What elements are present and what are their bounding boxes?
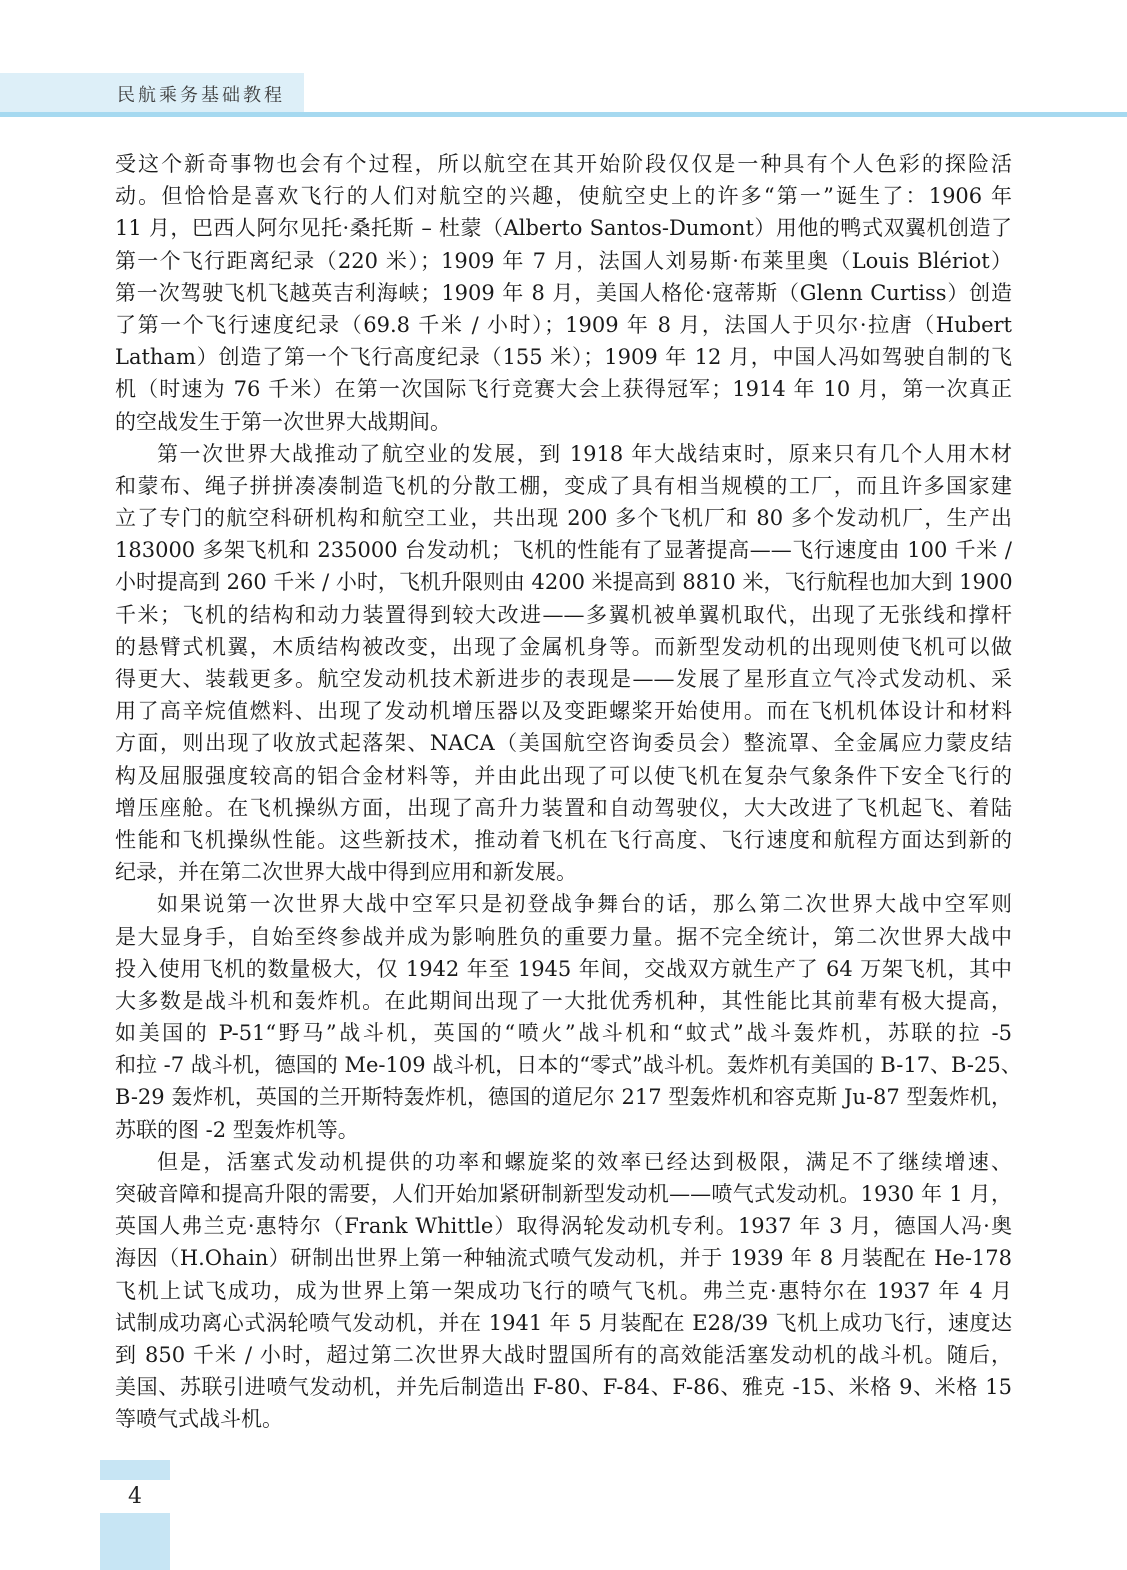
text-line: 立了专门的航空科研机构和航空工业，共出现 200 多个飞机厂和 80 多个发动机… [115, 502, 1012, 534]
footer-accent-block [100, 1513, 170, 1570]
text-line: 投入使用飞机的数量极大，仅 1942 年至 1945 年间，交战双方就生产了 6… [115, 953, 1012, 985]
text-line: 性能和飞机操纵性能。这些新技术，推动着飞机在飞行高度、飞行速度和航程方面达到新的 [115, 824, 1012, 856]
text-line: 等喷气式战斗机。 [115, 1403, 1012, 1435]
text-line: 第一次世界大战推动了航空业的发展，到 1918 年大战结束时，原来只有几个人用木… [115, 438, 1012, 470]
text-line: 是大显身手，自始至终参战并成为影响胜负的重要力量。据不完全统计，第二次世界大战中 [115, 921, 1012, 953]
text-line: B-29 轰炸机，英国的兰开斯特轰炸机，德国的道尼尔 217 型轰炸机和容克斯 … [115, 1081, 1012, 1113]
footer-accent-bar [100, 1460, 170, 1480]
text-line: 海因（H.Ohain）研制出世界上第一种轴流式喷气发动机，并于 1939 年 8… [115, 1242, 1012, 1274]
text-line: 如美国的 P-51“野马”战斗机，英国的“喷火”战斗机和“蚊式”战斗轰炸机，苏联… [115, 1017, 1012, 1049]
text-line: 千米；飞机的结构和动力装置得到较大改进——多翼机被单翼机取代，出现了无张线和撑杆 [115, 599, 1012, 631]
header-rule [0, 112, 1127, 117]
page-number: 4 [100, 1484, 170, 1509]
text-line: 增压座舱。在飞机操纵方面，出现了高升力装置和自动驾驶仪，大大改进了飞机起飞、着陆 [115, 792, 1012, 824]
text-line: 第一个飞行距离纪录（220 米）；1909 年 7 月，法国人刘易斯·布莱里奥（… [115, 245, 1012, 277]
text-line: 的悬臂式机翼，木质结构被改变，出现了金属机身等。而新型发动机的出现则使飞机可以做 [115, 631, 1012, 663]
text-line: 但是，活塞式发动机提供的功率和螺旋桨的效率已经达到极限，满足不了继续增速、 [115, 1146, 1012, 1178]
text-line: 的空战发生于第一次世界大战期间。 [115, 406, 1012, 438]
text-line: 到 850 千米 / 小时，超过第二次世界大战时盟国所有的高效能活塞发动机的战斗… [115, 1339, 1012, 1371]
text-line: 纪录，并在第二次世界大战中得到应用和新发展。 [115, 856, 1012, 888]
text-line: 大多数是战斗机和轰炸机。在此期间出现了一大批优秀机种，其性能比其前辈有极大提高， [115, 985, 1012, 1017]
text-line: 飞机上试飞成功，成为世界上第一架成功飞行的喷气飞机。弗兰克·惠特尔在 1937 … [115, 1275, 1012, 1307]
text-line: 和蒙布、绳子拼拼凑凑制造飞机的分散工棚，变成了具有相当规模的工厂，而且许多国家建 [115, 470, 1012, 502]
text-line: 动。但恰恰是喜欢飞行的人们对航空的兴趣，使航空史上的许多“第一”诞生了：1906… [115, 180, 1012, 212]
text-line: 英国人弗兰克·惠特尔（Frank Whittle）取得涡轮发动机专利。1937 … [115, 1210, 1012, 1242]
text-line: 受这个新奇事物也会有个过程，所以航空在其开始阶段仅仅是一种具有个人色彩的探险活 [115, 148, 1012, 180]
text-line: 了第一个飞行速度纪录（69.8 千米 / 小时）；1909 年 8 月，法国人于… [115, 309, 1012, 341]
text-line: 第一次驾驶飞机飞越英吉利海峡；1909 年 8 月，美国人格伦·寇蒂斯（Glen… [115, 277, 1012, 309]
text-line: 突破音障和提高升限的需要，人们开始加紧研制新型发动机——喷气式发动机。1930 … [115, 1178, 1012, 1210]
text-line: 和拉 -7 战斗机，德国的 Me-109 战斗机，日本的“零式”战斗机。轰炸机有… [115, 1049, 1012, 1081]
text-line: 构及屈服强度较高的铝合金材料等，并由此出现了可以使飞机在复杂气象条件下安全飞行的 [115, 760, 1012, 792]
book-title: 民航乘务基础教程 [117, 81, 285, 107]
text-line: 11 月，巴西人阿尔见托·桑托斯 – 杜蒙（Alberto Santos-Dum… [115, 212, 1012, 244]
text-line: 方面，则出现了收放式起落架、NACA（美国航空咨询委员会）整流罩、全金属应力蒙皮… [115, 727, 1012, 759]
text-line: 机（时速为 76 千米）在第一次国际飞行竞赛大会上获得冠军；1914 年 10 … [115, 373, 1012, 405]
text-line: 183000 多架飞机和 235000 台发动机；飞机的性能有了显著提高——飞行… [115, 534, 1012, 566]
text-line: 得更大、装载更多。航空发动机技术新进步的表现是——发展了星形直立气冷式发动机、采 [115, 663, 1012, 695]
text-line: 小时提高到 260 千米 / 小时，飞机升限则由 4200 米提高到 8810 … [115, 566, 1012, 598]
body-text: 受这个新奇事物也会有个过程，所以航空在其开始阶段仅仅是一种具有个人色彩的探险活动… [115, 148, 1012, 1436]
document-page: 民航乘务基础教程 受这个新奇事物也会有个过程，所以航空在其开始阶段仅仅是一种具有… [0, 0, 1127, 1570]
text-line: 美国、苏联引进喷气发动机，并先后制造出 F-80、F-84、F-86、雅克 -1… [115, 1371, 1012, 1403]
text-line: 用了高辛烷值燃料、出现了发动机增压器以及变距螺桨开始使用。而在飞机机体设计和材料 [115, 695, 1012, 727]
text-line: 苏联的图 -2 型轰炸机等。 [115, 1114, 1012, 1146]
text-line: 如果说第一次世界大战中空军只是初登战争舞台的话，那么第二次世界大战中空军则 [115, 888, 1012, 920]
text-line: 试制成功离心式涡轮喷气发动机，并在 1941 年 5 月装配在 E28/39 飞… [115, 1307, 1012, 1339]
text-line: Latham）创造了第一个飞行高度纪录（155 米）；1909 年 12 月，中… [115, 341, 1012, 373]
